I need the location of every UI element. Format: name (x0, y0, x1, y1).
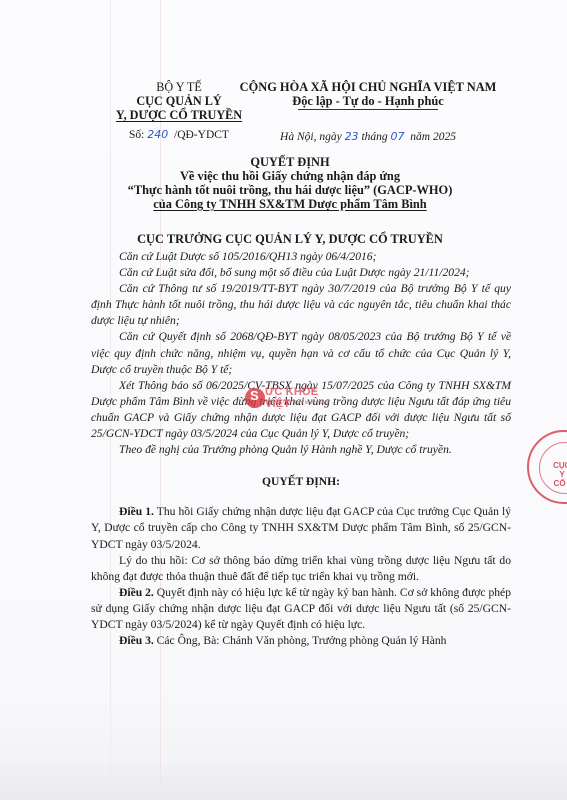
national-header-block: CỘNG HÒA XÃ HỘI CHỦ NGHĨA VIỆT NAM Độc l… (234, 80, 502, 144)
handwritten-number: 240 (147, 128, 168, 141)
motto-underline (298, 109, 438, 110)
preamble-item: Theo đề nghị của Trưởng phòng Quản lý Hà… (91, 442, 511, 458)
issuing-authority: CỤC TRƯỞNG CỤC QUẢN LÝ Y, DƯỢC CỔ TRUYỀN (80, 232, 500, 247)
title-line-3: của Công ty TNHH SX&TM Dược phẩm Tâm Bìn… (80, 197, 500, 211)
article-1: Điều 1. Thu hồi Giấy chứng nhận dược liệ… (91, 504, 511, 552)
article-1-reason: Lý do thu hồi: Cơ sở thông báo dừng triể… (91, 553, 511, 585)
article-2: Điều 2. Quyết định này có hiệu lực kể từ… (91, 585, 511, 633)
preamble-item: Căn cứ Thông tư số 19/2019/TT-BYT ngày 3… (91, 281, 511, 329)
preamble-item: Căn cứ Luật Dược số 105/2016/QH13 ngày 0… (91, 249, 511, 265)
handwritten-day: 23 (345, 130, 359, 143)
document-page: BỘ Y TẾ CỤC QUẢN LÝ Y, DƯỢC CỔ TRUYỀN Số… (0, 0, 567, 800)
title-heading: QUYẾT ĐỊNH (80, 155, 500, 169)
national-motto: Độc lập - Tự do - Hạnh phúc (234, 94, 502, 108)
site-watermark: S ỨC KHỎE VIỆT Vì một Việt Nam khỏe mạnh (245, 386, 345, 412)
document-body: Căn cứ Luật Dược số 105/2016/QH13 ngày 0… (91, 249, 511, 649)
decision-title: QUYẾT ĐỊNH Về việc thu hồi Giấy chứng nh… (80, 155, 500, 211)
watermark-brand: ỨC KHỎE VIỆT (265, 386, 345, 410)
official-seal-stamp: CỤC Q Y D CỔ TR (527, 430, 567, 504)
title-line-1: Về việc thu hồi Giấy chứng nhận đáp ứng (80, 169, 500, 183)
decision-heading: QUYẾT ĐỊNH: (91, 474, 511, 490)
seal-text: CỤC Q Y D CỔ TR (546, 461, 567, 488)
title-line-2: “Thực hành tốt nuôi trồng, thu hái dược … (80, 183, 500, 197)
handwritten-month: 07 (391, 130, 405, 143)
watermark-tagline: Vì một Việt Nam khỏe mạnh (267, 400, 329, 406)
scan-shadow (0, 760, 567, 800)
issue-date: Hà Nội, ngày 23 tháng 07 năm 2025 (234, 130, 502, 144)
nation-name: CỘNG HÒA XÃ HỘI CHỦ NGHĨA VIỆT NAM (234, 80, 502, 94)
article-3: Điều 3. Các Ông, Bà: Chánh Văn phòng, Tr… (91, 633, 511, 649)
preamble-item: Căn cứ Quyết định số 2068/QĐ-BYT ngày 08… (91, 329, 511, 377)
preamble-item: Căn cứ Luật sửa đổi, bổ sung một số điều… (91, 265, 511, 281)
seal-inner-ring: CỤC Q Y D CỔ TR (539, 442, 567, 494)
